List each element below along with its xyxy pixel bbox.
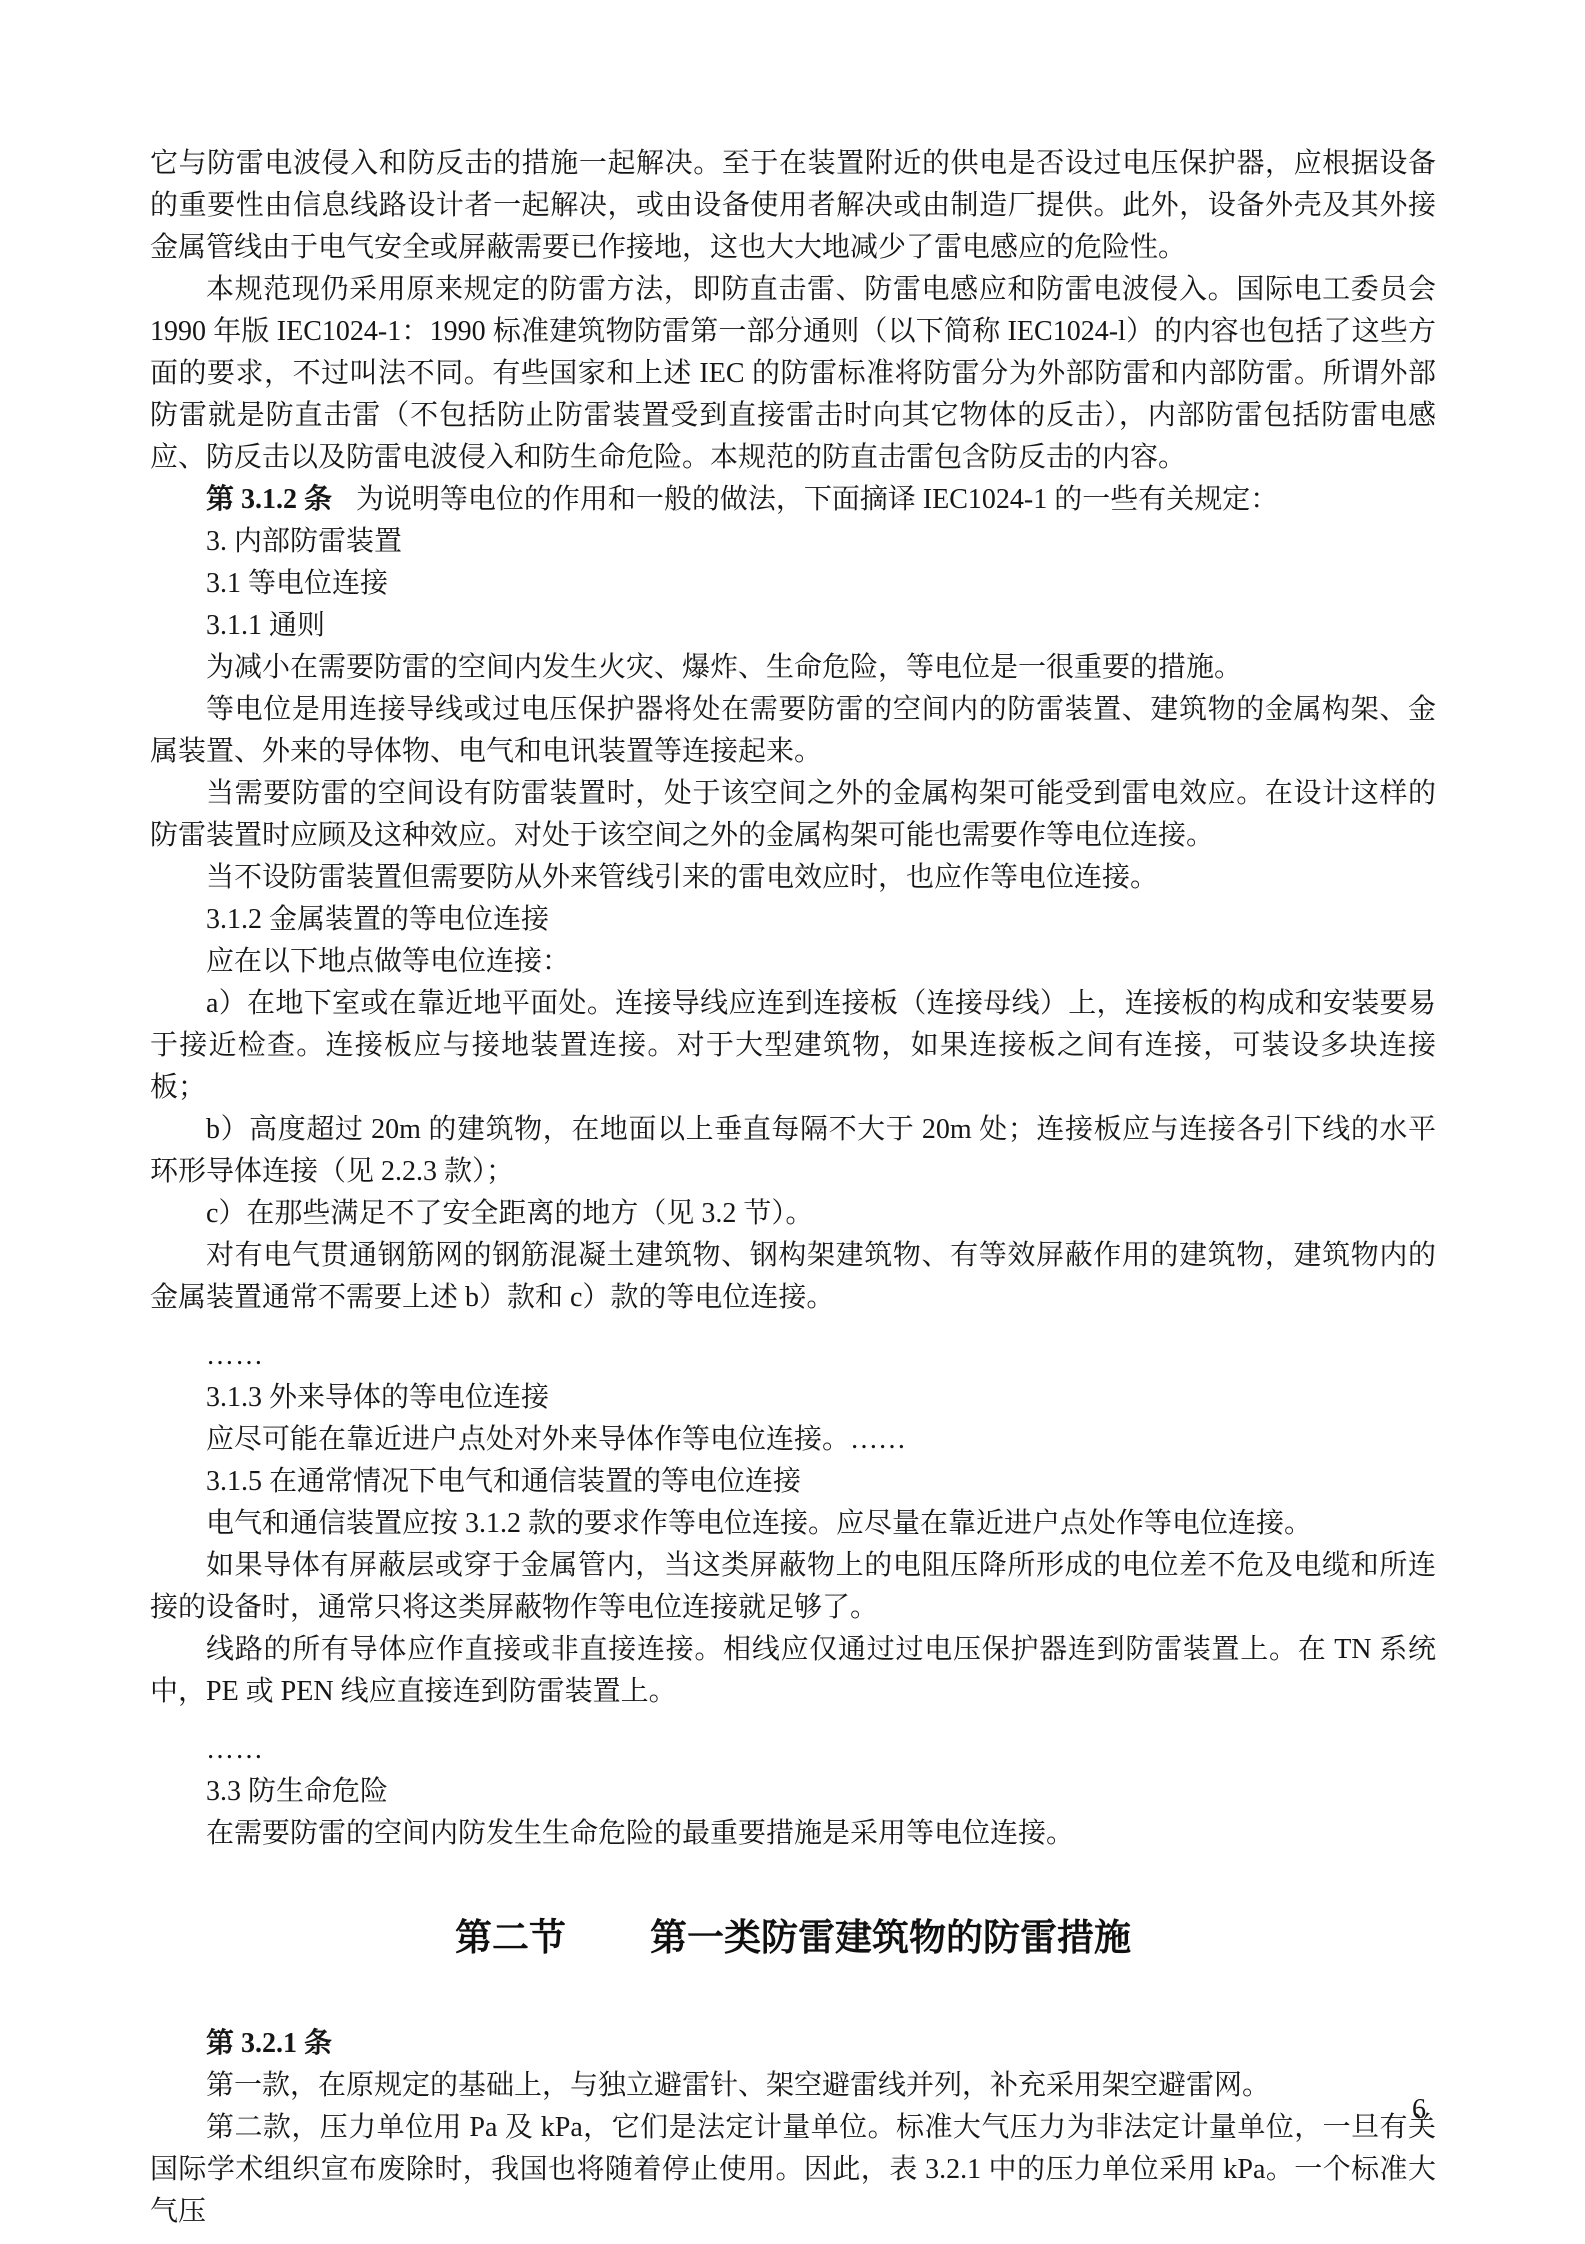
paragraph: 线路的所有导体应作直接或非直接连接。相线应仅通过过电压保护器连到防雷装置上。在 …	[150, 1629, 1436, 1713]
paragraph: 3.1 等电位连接	[150, 563, 1436, 605]
section-heading-number: 第二节	[455, 1915, 566, 1961]
clause-paragraph: 第 3.1.2 条为说明等电位的作用和一般的做法，下面摘译 IEC1024-1 …	[150, 479, 1436, 521]
paragraph: 第一款，在原规定的基础上，与独立避雷针、架空避雷线并列，补充采用架空避雷网。	[150, 2065, 1436, 2107]
paragraph: c）在那些满足不了安全距离的地方（见 3.2 节）。	[150, 1193, 1436, 1235]
paragraph: 当需要防雷的空间设有防雷装置时，处于该空间之外的金属构架可能受到雷电效应。在设计…	[150, 773, 1436, 857]
paragraph: 3.3 防生命危险	[150, 1771, 1436, 1813]
document-body: 它与防雷电波侵入和防反击的措施一起解决。至于在装置附近的供电是否设过电压保护器，…	[150, 143, 1436, 2233]
paragraph: 本规范现仍采用原来规定的防雷方法，即防直击雷、防雷电感应和防雷电波侵入。国际电工…	[150, 269, 1436, 479]
clause-number: 第 3.1.2 条	[206, 484, 332, 515]
paragraph: 3.1.3 外来导体的等电位连接	[150, 1377, 1436, 1419]
paragraph: 在需要防雷的空间内防发生生命危险的最重要措施是采用等电位连接。	[150, 1813, 1436, 1855]
page-number: 6	[1412, 2090, 1426, 2130]
paragraph: 第二款，压力单位用 Pa 及 kPa，它们是法定计量单位。标准大气压力为非法定计…	[150, 2107, 1436, 2233]
paragraph: 3. 内部防雷装置	[150, 521, 1436, 563]
paragraph: 对有电气贯通钢筋网的钢筋混凝土建筑物、钢构架建筑物、有等效屏蔽作用的建筑物，建筑…	[150, 1235, 1436, 1319]
clause-paragraph: 第 3.2.1 条	[150, 2023, 1436, 2065]
paragraph: 3.1.2 金属装置的等电位连接	[150, 899, 1436, 941]
section-heading-title: 第一类防雷建筑物的防雷措施	[650, 1915, 1131, 1961]
ellipsis-line: ……	[150, 1729, 1436, 1771]
paragraph: 等电位是用连接导线或过电压保护器将处在需要防雷的空间内的防雷装置、建筑物的金属构…	[150, 689, 1436, 773]
section-3-1-content: 它与防雷电波侵入和防反击的措施一起解决。至于在装置附近的供电是否设过电压保护器，…	[150, 143, 1436, 1855]
paragraph: 3.1.5 在通常情况下电气和通信装置的等电位连接	[150, 1461, 1436, 1503]
paragraph: 如果导体有屏蔽层或穿于金属管内，当这类屏蔽物上的电阻压降所形成的电位差不危及电缆…	[150, 1545, 1436, 1629]
paragraph: 为减小在需要防雷的空间内发生火灾、爆炸、生命危险，等电位是一很重要的措施。	[150, 647, 1436, 689]
document-page: 它与防雷电波侵入和防反击的措施一起解决。至于在装置附近的供电是否设过电压保护器，…	[0, 0, 1585, 2244]
paragraph: 3.1.1 通则	[150, 605, 1436, 647]
paragraph: 应在以下地点做等电位连接：	[150, 941, 1436, 983]
section-heading: 第二节 第一类防雷建筑物的防雷措施	[150, 1915, 1436, 1961]
paragraph: b）高度超过 20m 的建筑物，在地面以上垂直每隔不大于 20m 处；连接板应与…	[150, 1109, 1436, 1193]
section-3-2-content: 第 3.2.1 条第一款，在原规定的基础上，与独立避雷针、架空避雷线并列，补充采…	[150, 2023, 1436, 2233]
paragraph: 应尽可能在靠近进户点处对外来导体作等电位连接。……	[150, 1419, 1436, 1461]
clause-number: 第 3.2.1 条	[206, 2028, 332, 2059]
paragraph: a）在地下室或在靠近地平面处。连接导线应连到连接板（连接母线）上，连接板的构成和…	[150, 983, 1436, 1109]
ellipsis-line: ……	[150, 1335, 1436, 1377]
paragraph: 当不设防雷装置但需要防从外来管线引来的雷电效应时，也应作等电位连接。	[150, 857, 1436, 899]
paragraph: 它与防雷电波侵入和防反击的措施一起解决。至于在装置附近的供电是否设过电压保护器，…	[150, 143, 1436, 269]
paragraph: 电气和通信装置应按 3.1.2 款的要求作等电位连接。应尽量在靠近进户点处作等电…	[150, 1503, 1436, 1545]
